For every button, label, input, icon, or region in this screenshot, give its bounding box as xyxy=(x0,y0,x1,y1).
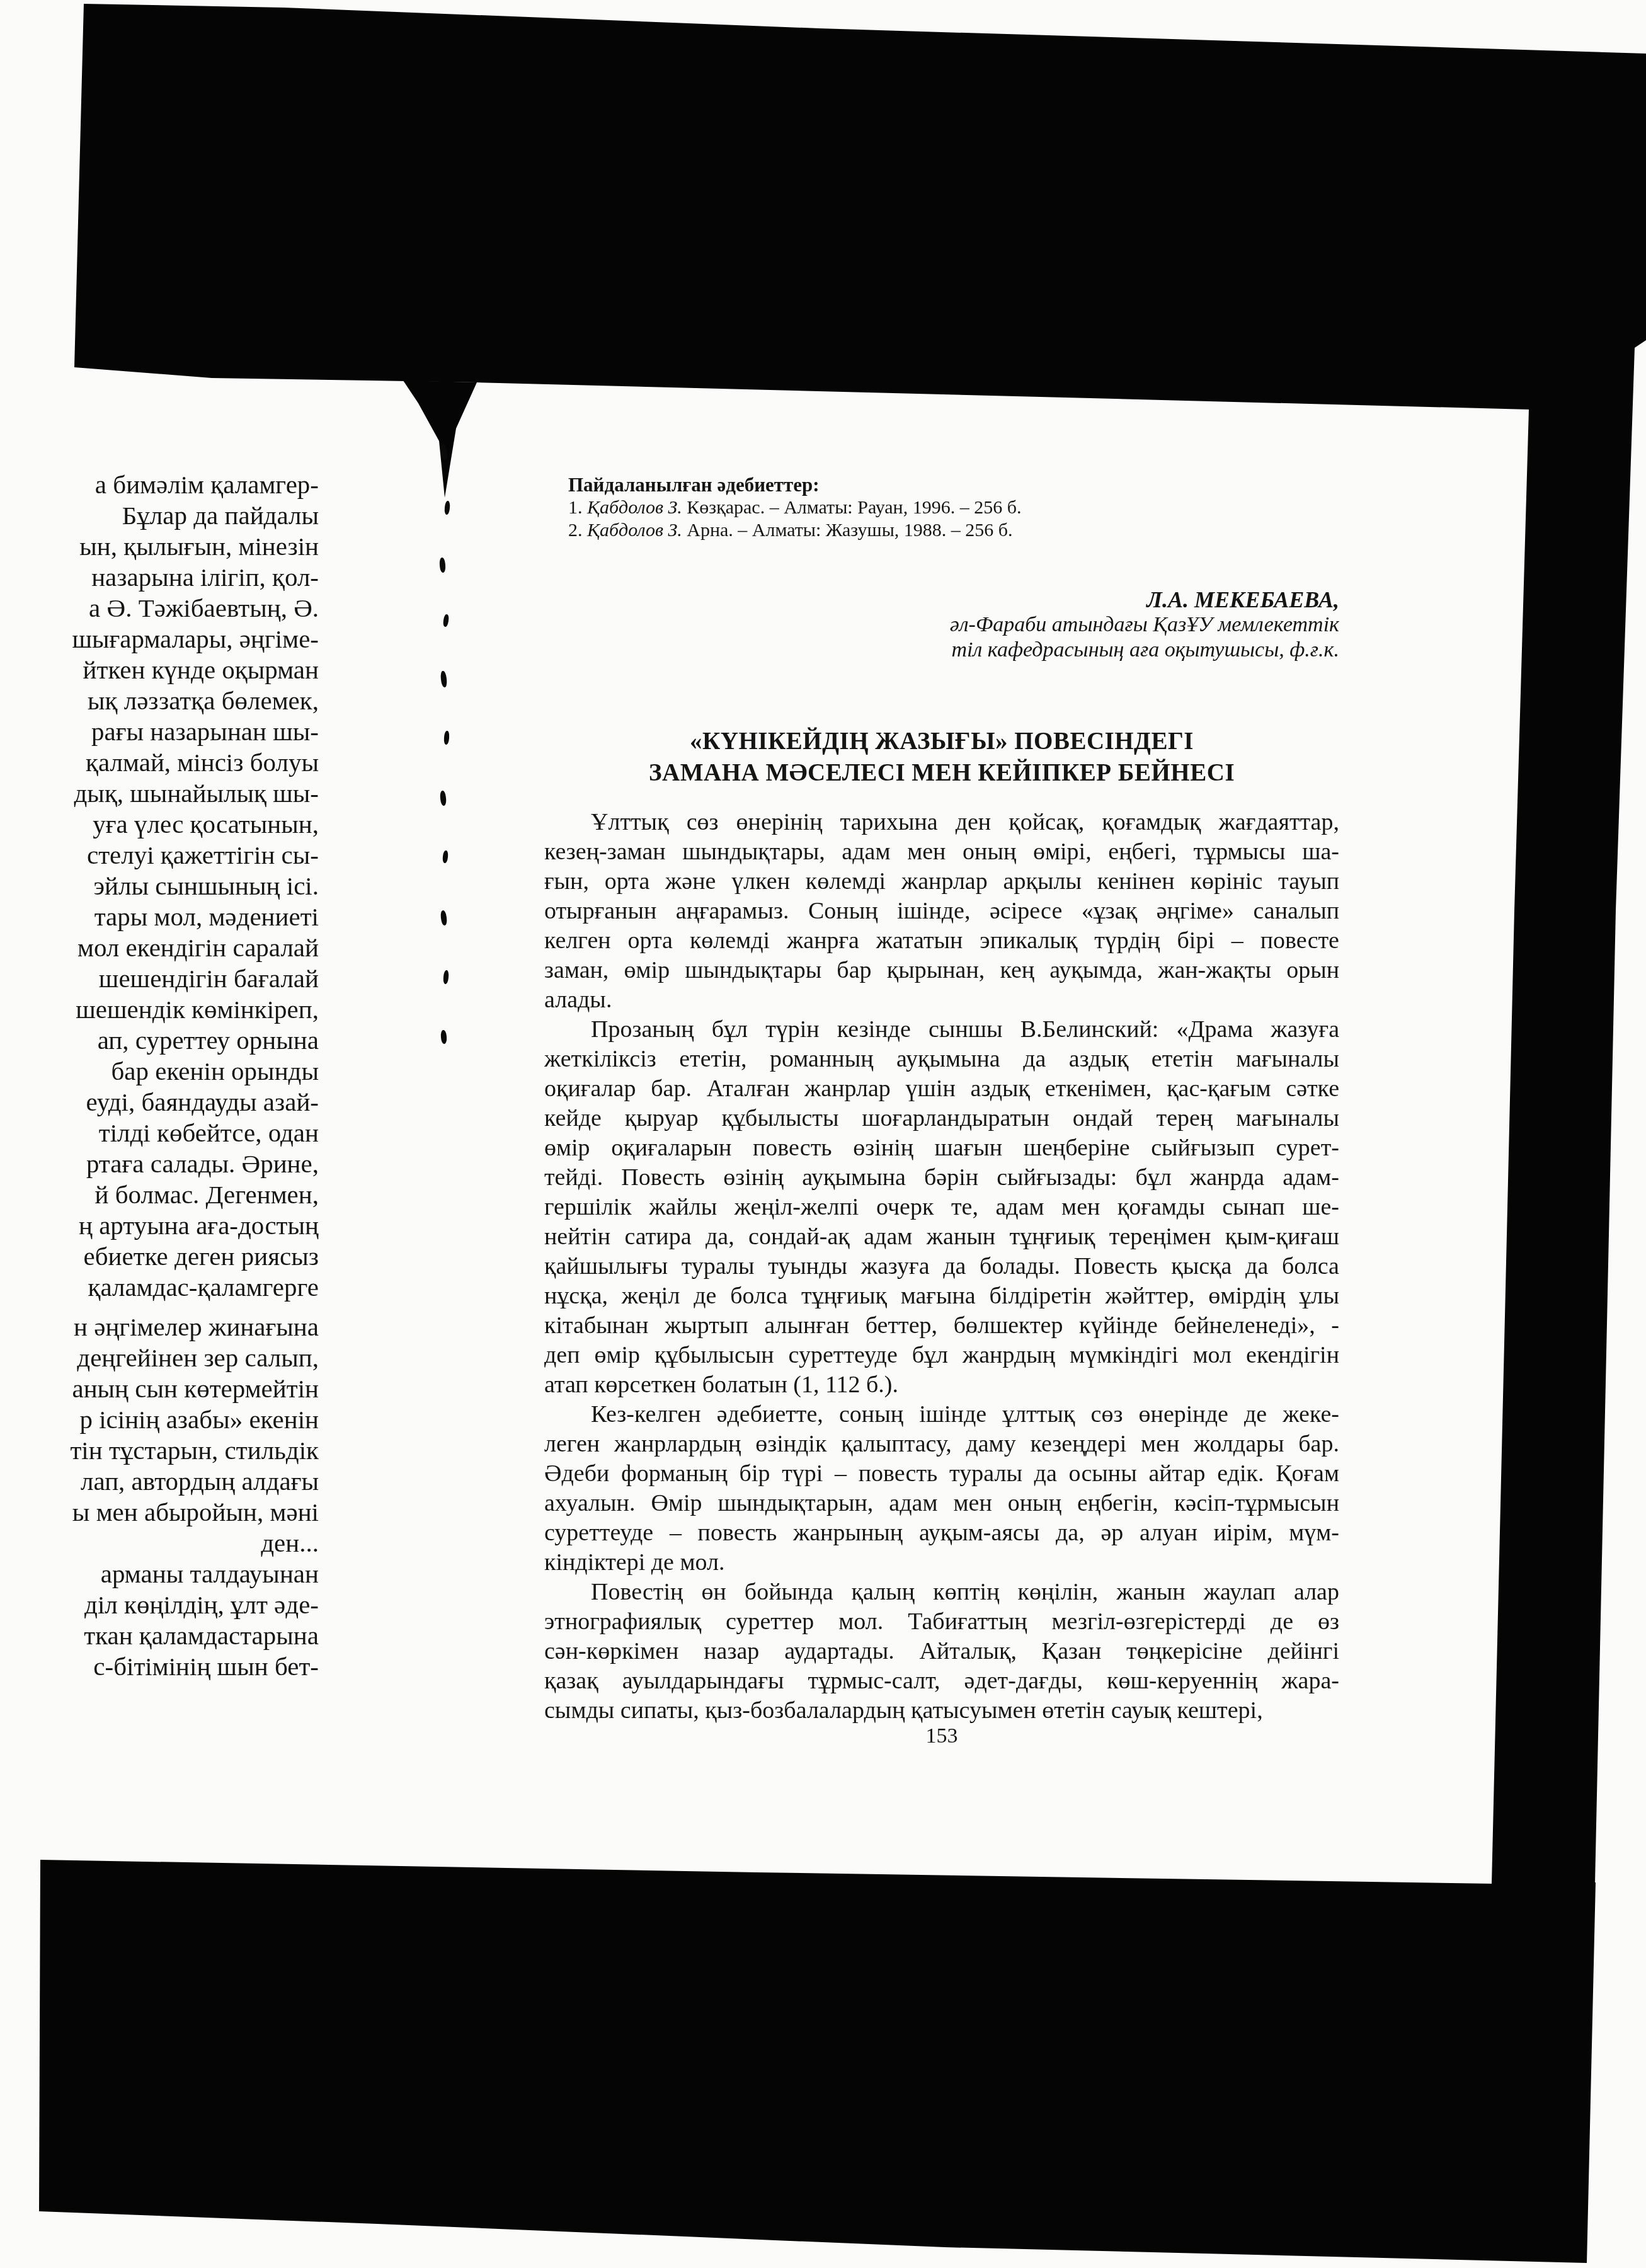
body-line: кіндіктері де мол. xyxy=(544,1548,1339,1578)
scanned-page: а бимәлім қаламгер-Бұлар да пайдалыын, қ… xyxy=(0,0,1646,2268)
left-column-line: арманы талдауынан xyxy=(0,1559,319,1589)
left-column-line: стелуі қажеттігін сы- xyxy=(0,840,319,871)
body-line: сән-көркімен назар аудартады. Айталық, Қ… xyxy=(544,1637,1339,1666)
left-column-line: а бимәлім қаламгер- xyxy=(0,469,319,500)
body-line: деп өмір құбылысын суреттеуде бұл жанрды… xyxy=(544,1341,1339,1370)
left-column-line: тілді көбейтсе, одан xyxy=(0,1118,319,1148)
body-line: ахуалын. Өмір шындықтарын, адам мен оның… xyxy=(544,1489,1339,1518)
left-column-line: шешендігін бағалай xyxy=(0,963,319,994)
body-line: қайшылығы туралы туынды жазуға да болады… xyxy=(544,1252,1339,1281)
left-column-line: ебиетке деген риясыз xyxy=(0,1241,319,1272)
left-column-line: қалмай, мінсіз болуы xyxy=(0,747,319,778)
author-affiliation-line2: тіл кафедрасының аға оқытушысы, ф.ғ.к. xyxy=(544,638,1339,663)
left-column-line: рағы назарынан шы- xyxy=(0,716,319,747)
body-line: Прозаның бұл түрін кезінде сыншы В.Белин… xyxy=(544,1015,1339,1045)
left-column-line: мол екендігін саралай xyxy=(0,932,319,963)
reference-item: 2. Қабдолов З. Арна. – Алматы: Жазушы, 1… xyxy=(568,519,1021,542)
body-line: заман, өмір шындықтары бар қырынан, кең … xyxy=(544,956,1339,985)
left-column-line: ын, қылығын, мінезін xyxy=(0,531,319,562)
body-line: келген орта көлемді жанрға жататын эпика… xyxy=(544,926,1339,956)
ink-mark xyxy=(443,970,449,985)
left-column-line: уға үлес қосатынын, xyxy=(0,809,319,840)
left-column-line: ап, суреттеу орнына xyxy=(0,1025,319,1056)
author-affiliation-line1: әл-Фараби атындағы ҚазҰУ мемлекеттік xyxy=(544,612,1339,638)
left-column-line: ртаға салады. Әрине, xyxy=(0,1148,319,1179)
body-line: кітабынан жыртып алынған беттер, бөлшект… xyxy=(544,1311,1339,1341)
left-column-line: қаламдас-қаламгерге xyxy=(0,1272,319,1303)
author-block: Л.А. МЕКЕБАЕВА, әл-Фараби атындағы ҚазҰУ… xyxy=(544,587,1339,663)
body-line: суреттеуде – повесть жанрының ауқым-аясы… xyxy=(544,1518,1339,1548)
left-column-line: аның сын көтермейтін xyxy=(0,1373,319,1404)
body-line: ғын, орта және үлкен көлемді жанрлар арқ… xyxy=(544,867,1339,896)
left-column-line: дық, шынайылық шы- xyxy=(0,778,319,809)
left-column-line: ткан қаламдастарына xyxy=(0,1620,319,1651)
left-page-column: а бимәлім қаламгер-Бұлар да пайдалыын, қ… xyxy=(0,469,319,1682)
ink-mark xyxy=(440,910,448,926)
ink-mark xyxy=(443,731,450,745)
ink-mark xyxy=(440,671,448,688)
left-column-line: ық ләззатқа бөлемек, xyxy=(0,685,319,716)
body-line: қазақ ауылдарындағы тұрмыс-салт, әдет-да… xyxy=(544,1666,1339,1696)
left-column-line: тін тұстарын, стильдік xyxy=(0,1435,319,1466)
left-column-line: ы мен абыройын, мәні xyxy=(0,1497,319,1528)
references-heading: Пайдаланылған әдебиеттер: xyxy=(568,474,1021,496)
left-column-line: р ісінің азабы» екенін xyxy=(0,1404,319,1435)
body-line: жеткіліксіз ететін, романның ауқымына да… xyxy=(544,1045,1339,1074)
references-block: Пайдаланылған әдебиеттер: 1. Қабдолов З.… xyxy=(568,474,1021,542)
body-line: оқиғалар бар. Аталған жанрлар үшін аздық… xyxy=(544,1074,1339,1104)
body-line: леген жанрлардың өзіндік қалыптасу, даму… xyxy=(544,1429,1339,1459)
left-column-line: Бұлар да пайдалы xyxy=(0,500,319,531)
left-column-line: назарына ілігіп, қол- xyxy=(0,562,319,593)
reference-item: 1. Қабдолов З. Көзқарас. – Алматы: Рауан… xyxy=(568,496,1021,519)
body-line: Кез-келген әдебиетте, соның ішінде ұлтты… xyxy=(544,1400,1339,1429)
body-line: атап көрсеткен болатын (1, 112 б.). xyxy=(544,1370,1339,1400)
left-column-line: діл көңілдің, ұлт әде- xyxy=(0,1589,319,1620)
ink-mark xyxy=(443,614,450,627)
references-list: 1. Қабдолов З. Көзқарас. – Алматы: Рауан… xyxy=(568,496,1021,542)
left-column-line: ң артуына аға-достың xyxy=(0,1210,319,1241)
left-column-line: шешендік көмінкіреп, xyxy=(0,994,319,1025)
page-number: 153 xyxy=(544,1724,1339,1748)
left-column-line: лап, автордың алдағы xyxy=(0,1466,319,1497)
left-column-line: тары мол, мәдениеті xyxy=(0,902,319,932)
body-line: Ұлттық сөз өнерінің тарихына ден қойсақ,… xyxy=(544,808,1339,837)
body-line: Әдеби форманың бір түрі – повесть туралы… xyxy=(544,1459,1339,1489)
article-body: Ұлттық сөз өнерінің тарихына ден қойсақ,… xyxy=(544,808,1339,1726)
left-column-line: эйлы сыншының ісі. xyxy=(0,871,319,902)
left-column-line: ден... xyxy=(0,1528,319,1559)
article-title-line1: «КҮНІКЕЙДІҢ ЖАЗЫҒЫ» ПОВЕСІНДЕГІ xyxy=(544,726,1339,757)
body-line: өмір оқиғаларын повесть өзінің шағын шең… xyxy=(544,1133,1339,1163)
left-column-line: деңгейінен зер салып, xyxy=(0,1343,319,1373)
left-column-line: й болмас. Дегенмен, xyxy=(0,1179,319,1210)
body-line: алады. xyxy=(544,985,1339,1015)
ink-mark xyxy=(440,791,447,806)
body-line: сымды сипаты, қыз-бозбалалардың қатысуым… xyxy=(544,1696,1339,1726)
body-line: этнографиялық суреттер мол. Табиғаттың м… xyxy=(544,1607,1339,1637)
body-line: тейді. Повесть өзінің ауқымына бәрін сый… xyxy=(544,1163,1339,1193)
left-column-line: н әңгімелер жинағына xyxy=(0,1312,319,1343)
left-column-line: шығармалары, әңгіме- xyxy=(0,624,319,655)
body-line: нұсқа, жеңіл де болса тұңғиық мағына біл… xyxy=(544,1281,1339,1311)
body-line: нейтін сатира да, сондай-ақ адам жанын т… xyxy=(544,1222,1339,1252)
left-column-line: йткен күнде оқырман xyxy=(0,655,319,685)
body-line: Повестің өн бойында қалың көптің көңілін… xyxy=(544,1578,1339,1607)
left-column-line: еуді, баяндауды азай- xyxy=(0,1087,319,1118)
ink-mark xyxy=(442,850,449,864)
body-line: кейде қыруар құбылысты шоғарландыратын о… xyxy=(544,1104,1339,1133)
left-column-line: с-бітімінің шын бет- xyxy=(0,1651,319,1682)
body-line: кезең-заман шындықтары, адам мен оның өм… xyxy=(544,837,1339,867)
ink-mark xyxy=(444,501,450,515)
left-column-line xyxy=(0,1303,319,1312)
article-title: «КҮНІКЕЙДІҢ ЖАЗЫҒЫ» ПОВЕСІНДЕГІ ЗАМАНА М… xyxy=(544,726,1339,789)
ink-mark xyxy=(439,558,446,573)
body-line: гершілік жайлы жеңіл-желпі очерк те, ада… xyxy=(544,1193,1339,1222)
article-title-line2: ЗАМАНА МӘСЕЛЕСІ МЕН КЕЙІПКЕР БЕЙНЕСІ xyxy=(544,757,1339,789)
left-column-line: а Ә. Тәжібаевтың, Ә. xyxy=(0,593,319,624)
ink-mark xyxy=(440,1030,447,1045)
body-line: отырғанын аңғарамыз. Соның ішінде, әсіре… xyxy=(544,896,1339,926)
left-column-line: бар екенін орынды xyxy=(0,1056,319,1087)
author-name: Л.А. МЕКЕБАЕВА, xyxy=(544,587,1339,612)
